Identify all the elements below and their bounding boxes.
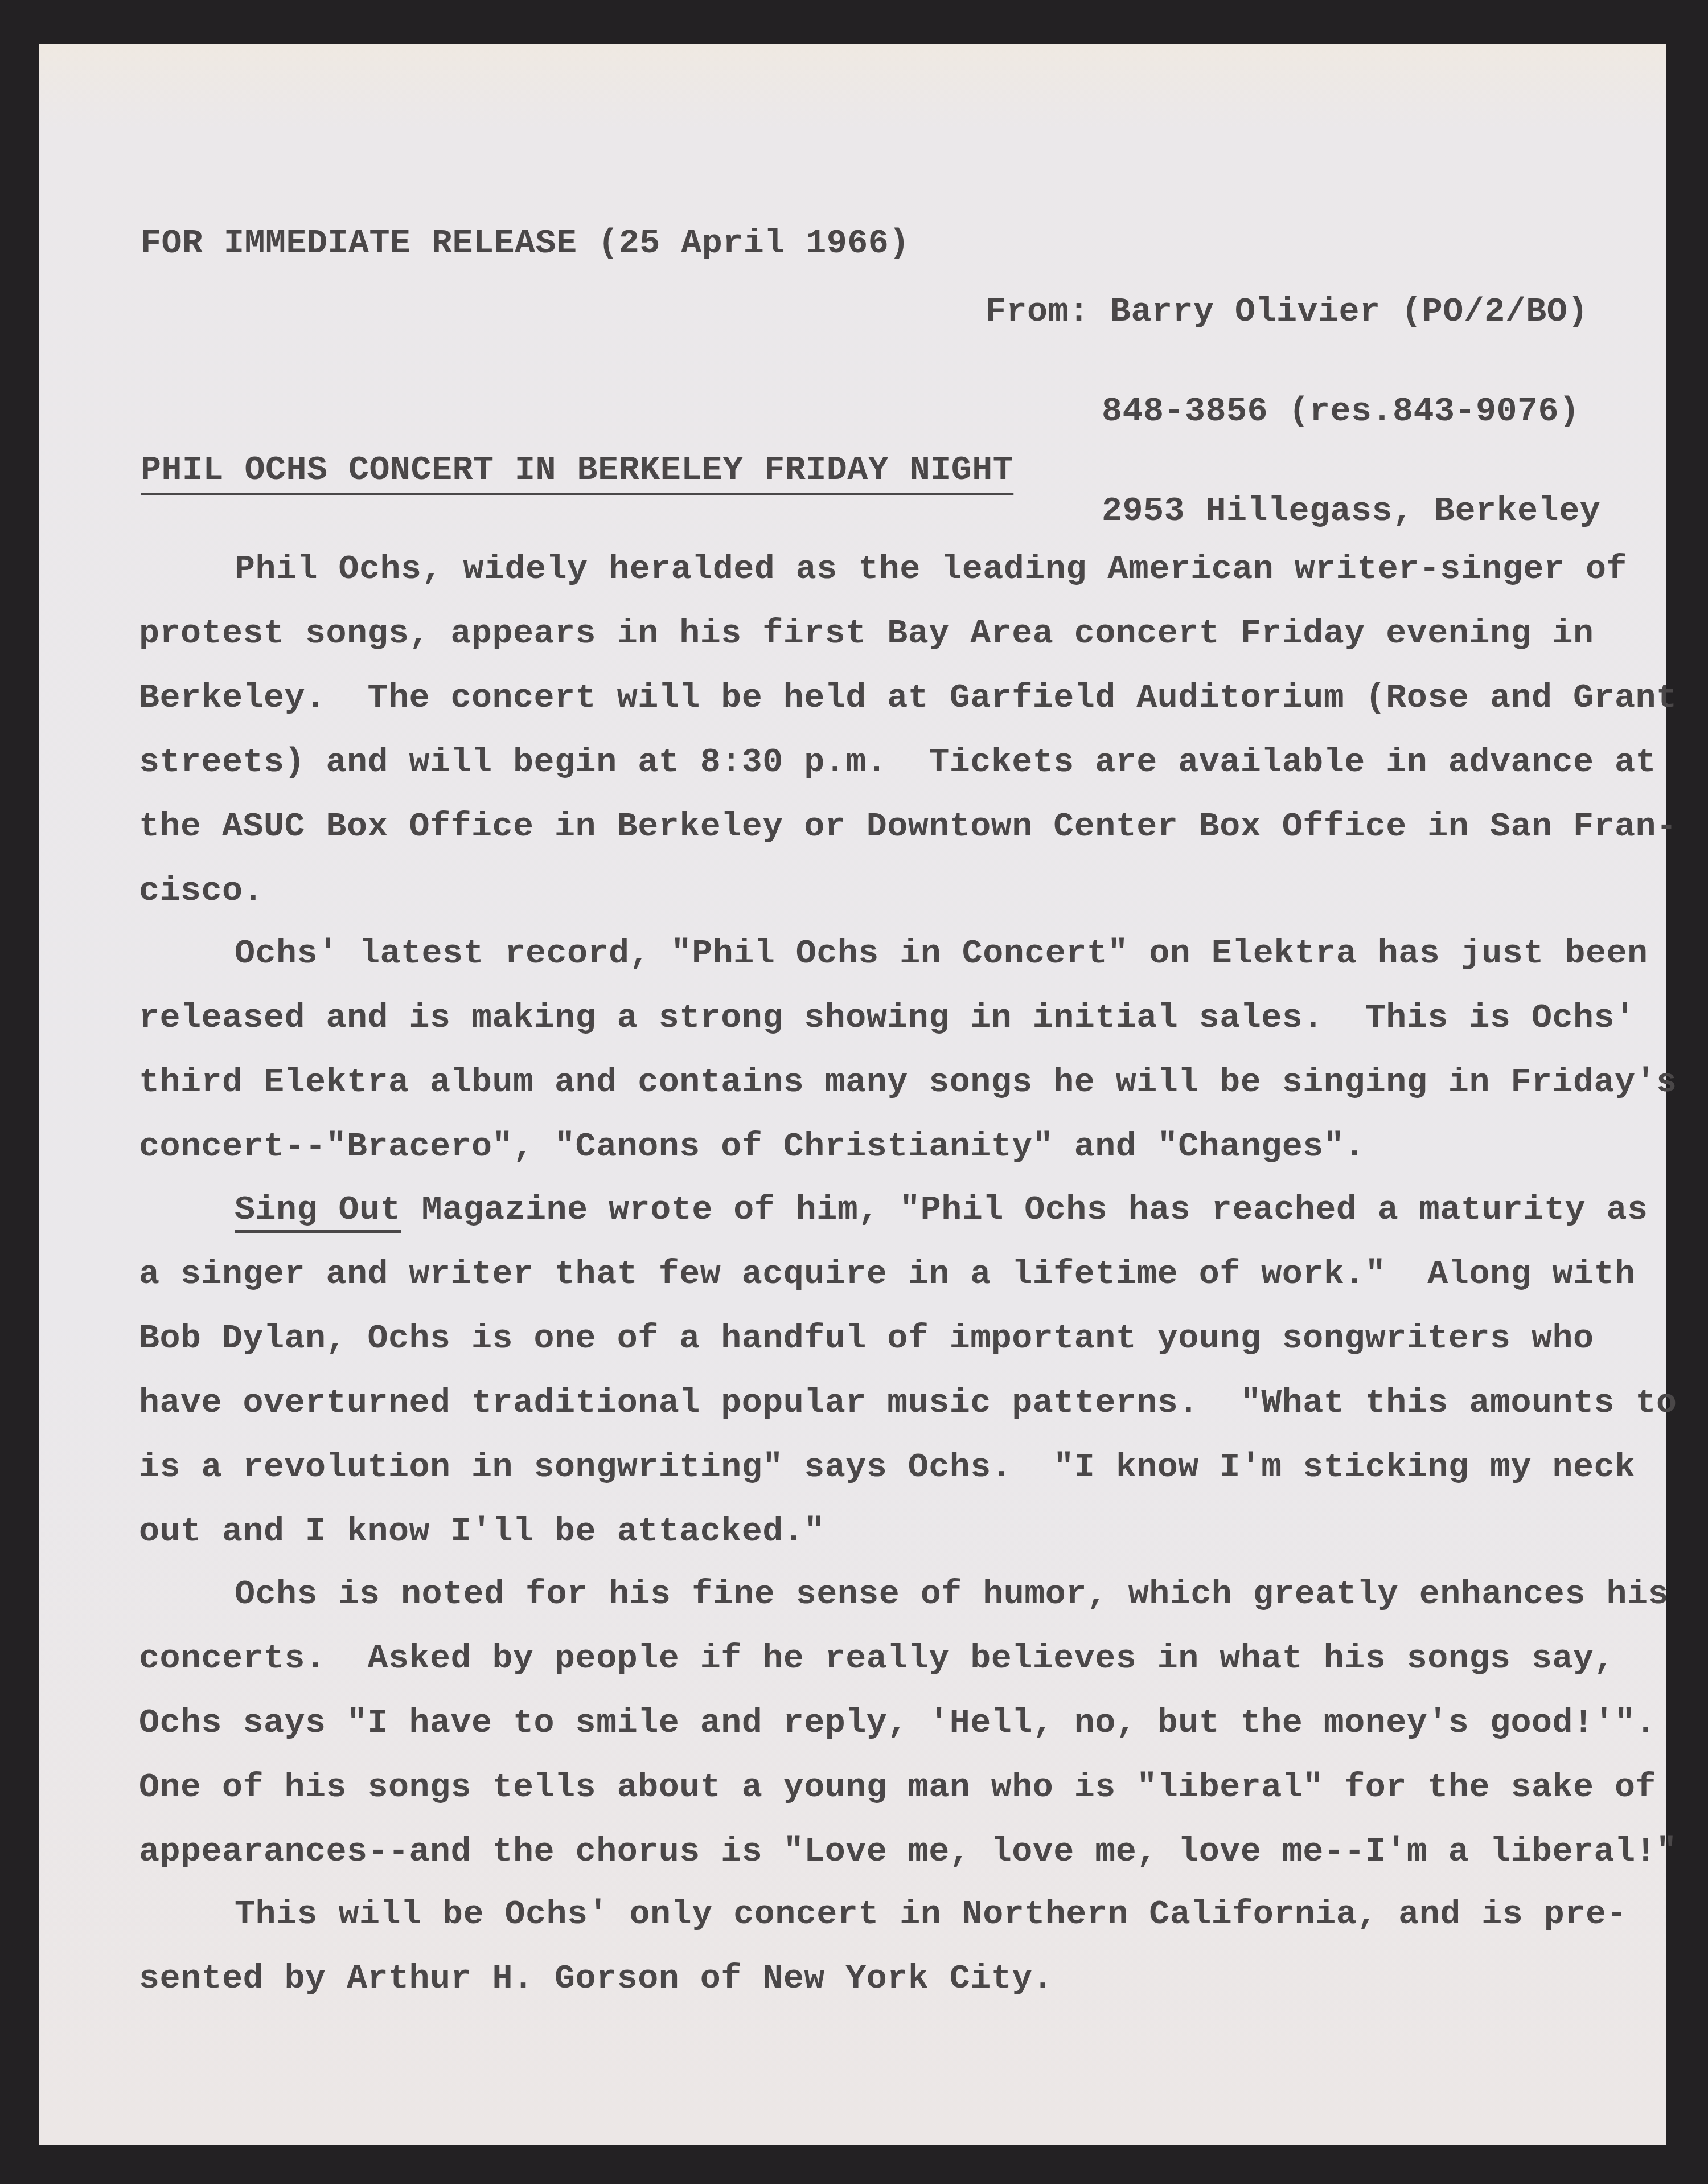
body-line: Bob Dylan, Ochs is one of a handful of i…	[139, 1322, 1594, 1356]
headline: PHIL OCHS CONCERT IN BERKELEY FRIDAY NIG…	[141, 453, 1013, 487]
body-line: This will be Ochs' only concert in North…	[235, 1898, 1627, 1932]
body-line: out and I know I'll be attacked."	[139, 1515, 825, 1549]
body-line: third Elektra album and contains many so…	[139, 1066, 1677, 1100]
sender-address: 2953 Hillegass, Berkeley	[986, 494, 1600, 526]
release-date-line: FOR IMMEDIATE RELEASE (25 April 1966)	[141, 227, 910, 261]
body-line: Phil Ochs, widely heralded as the leadin…	[235, 552, 1627, 587]
body-line: concerts. Asked by people if he really b…	[139, 1642, 1615, 1676]
body-line: the ASUC Box Office in Berkeley or Downt…	[139, 810, 1677, 844]
body-line: Berkeley. The concert will be held at Ga…	[139, 681, 1677, 715]
from-label: From:	[986, 293, 1090, 331]
body-line: protest songs, appears in his first Bay …	[139, 617, 1594, 651]
body-line: a singer and writer that few acquire in …	[139, 1257, 1635, 1292]
body-line: concert--"Bracero", "Canons of Christian…	[139, 1130, 1365, 1164]
sender-name: Barry Olivier (PO/2/BO)	[1110, 293, 1588, 331]
body-line: sented by Arthur H. Gorson of New York C…	[139, 1962, 1053, 1996]
magazine-title: Sing Out	[235, 1191, 401, 1230]
body-line: cisco.	[139, 874, 264, 908]
body-line: released and is making a strong showing …	[139, 1001, 1635, 1035]
body-line: Ochs is noted for his fine sense of humo…	[235, 1577, 1669, 1612]
sender-phone: 848-3856 (res.843-9076)	[986, 395, 1600, 426]
body-line: is a revolution in songwriting" says Och…	[139, 1450, 1635, 1485]
body-line: appearances--and the chorus is "Love me,…	[139, 1835, 1677, 1869]
body-line: Ochs' latest record, "Phil Ochs in Conce…	[235, 937, 1648, 971]
from-block: From: Barry Olivier (PO/2/BO) 848-3856 (…	[986, 227, 1600, 560]
body-line: streets) and will begin at 8:30 p.m. Tic…	[139, 745, 1656, 780]
body-line: Sing Out Magazine wrote of him, "Phil Oc…	[235, 1193, 1648, 1227]
body-line: have overturned traditional popular musi…	[139, 1386, 1677, 1420]
body-line-text: Magazine wrote of him, "Phil Ochs has re…	[422, 1191, 1648, 1230]
body-line: Ochs says "I have to smile and reply, 'H…	[139, 1706, 1656, 1740]
body-line: One of his songs tells about a young man…	[139, 1771, 1656, 1805]
